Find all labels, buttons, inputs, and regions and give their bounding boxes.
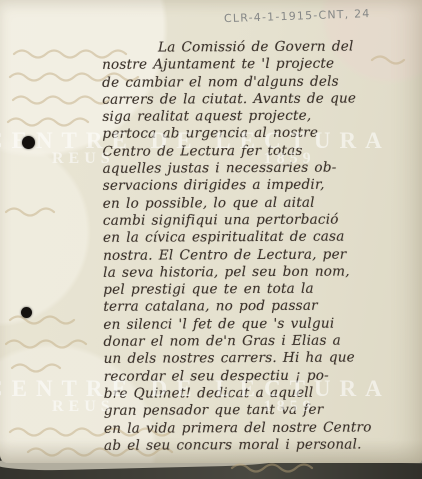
handwriting-line: donar el nom de'n Gras i Elias a	[103, 332, 418, 351]
letter-body: La Comissió de Govern del nostre Ajuntam…	[102, 38, 419, 455]
handwriting-line: servacions dirigides a impedir,	[103, 177, 418, 196]
handwriting-line: en la cívica espiritualitat de casa	[103, 228, 418, 247]
handwriting-line: La Comissió de Govern del	[102, 38, 417, 57]
handwriting-line: Centro de Lectura fer totas	[102, 142, 417, 161]
handwriting-line: nostre Ajuntament te 'l projecte	[102, 55, 417, 74]
handwriting-line: la seva historia, pel seu bon nom,	[103, 263, 418, 282]
handwriting-line: terra catalana, no pod passar	[103, 298, 418, 317]
handwriting-line: en silenci 'l fet de que 's vulgui	[103, 315, 418, 334]
hole-punch	[22, 136, 35, 149]
handwriting-line: en la vida primera del nostre Centro	[104, 419, 419, 438]
handwriting-line: en lo possible, lo que al aital	[103, 194, 418, 213]
handwriting-line: un dels nostres carrers. Hi ha que	[104, 350, 419, 369]
handwriting-line: cambi signifiqui una pertorbació	[103, 211, 418, 230]
handwriting-line: pertoca ab urgencia al nostre	[102, 125, 417, 144]
handwriting-line: carrers de la ciutat. Avants de que	[102, 90, 417, 109]
handwriting-line: gran pensador que tant va fer	[104, 401, 419, 420]
scanned-letter-page: CLR-4-1-1915-CNT, 24 La Comissió de Gove…	[0, 0, 422, 479]
handwriting-line: bre Quimet! dedicat a aquell	[104, 384, 419, 403]
handwriting-line: aquelles justas i necessaries ob-	[103, 159, 418, 178]
handwriting-line: recordar el seu despectiu ¡ po-	[104, 367, 419, 386]
handwriting-line: nostra. El Centro de Lectura, per	[103, 246, 418, 265]
handwriting-line: pel prestigi que te en tota la	[103, 280, 418, 299]
handwriting-line: siga realitat aquest projecte,	[102, 107, 417, 126]
handwriting-line: ab el seu concurs moral i personal.	[104, 436, 419, 455]
hole-punch	[21, 307, 32, 318]
handwriting-line: de cambiar el nom d'alguns dels	[102, 73, 417, 92]
